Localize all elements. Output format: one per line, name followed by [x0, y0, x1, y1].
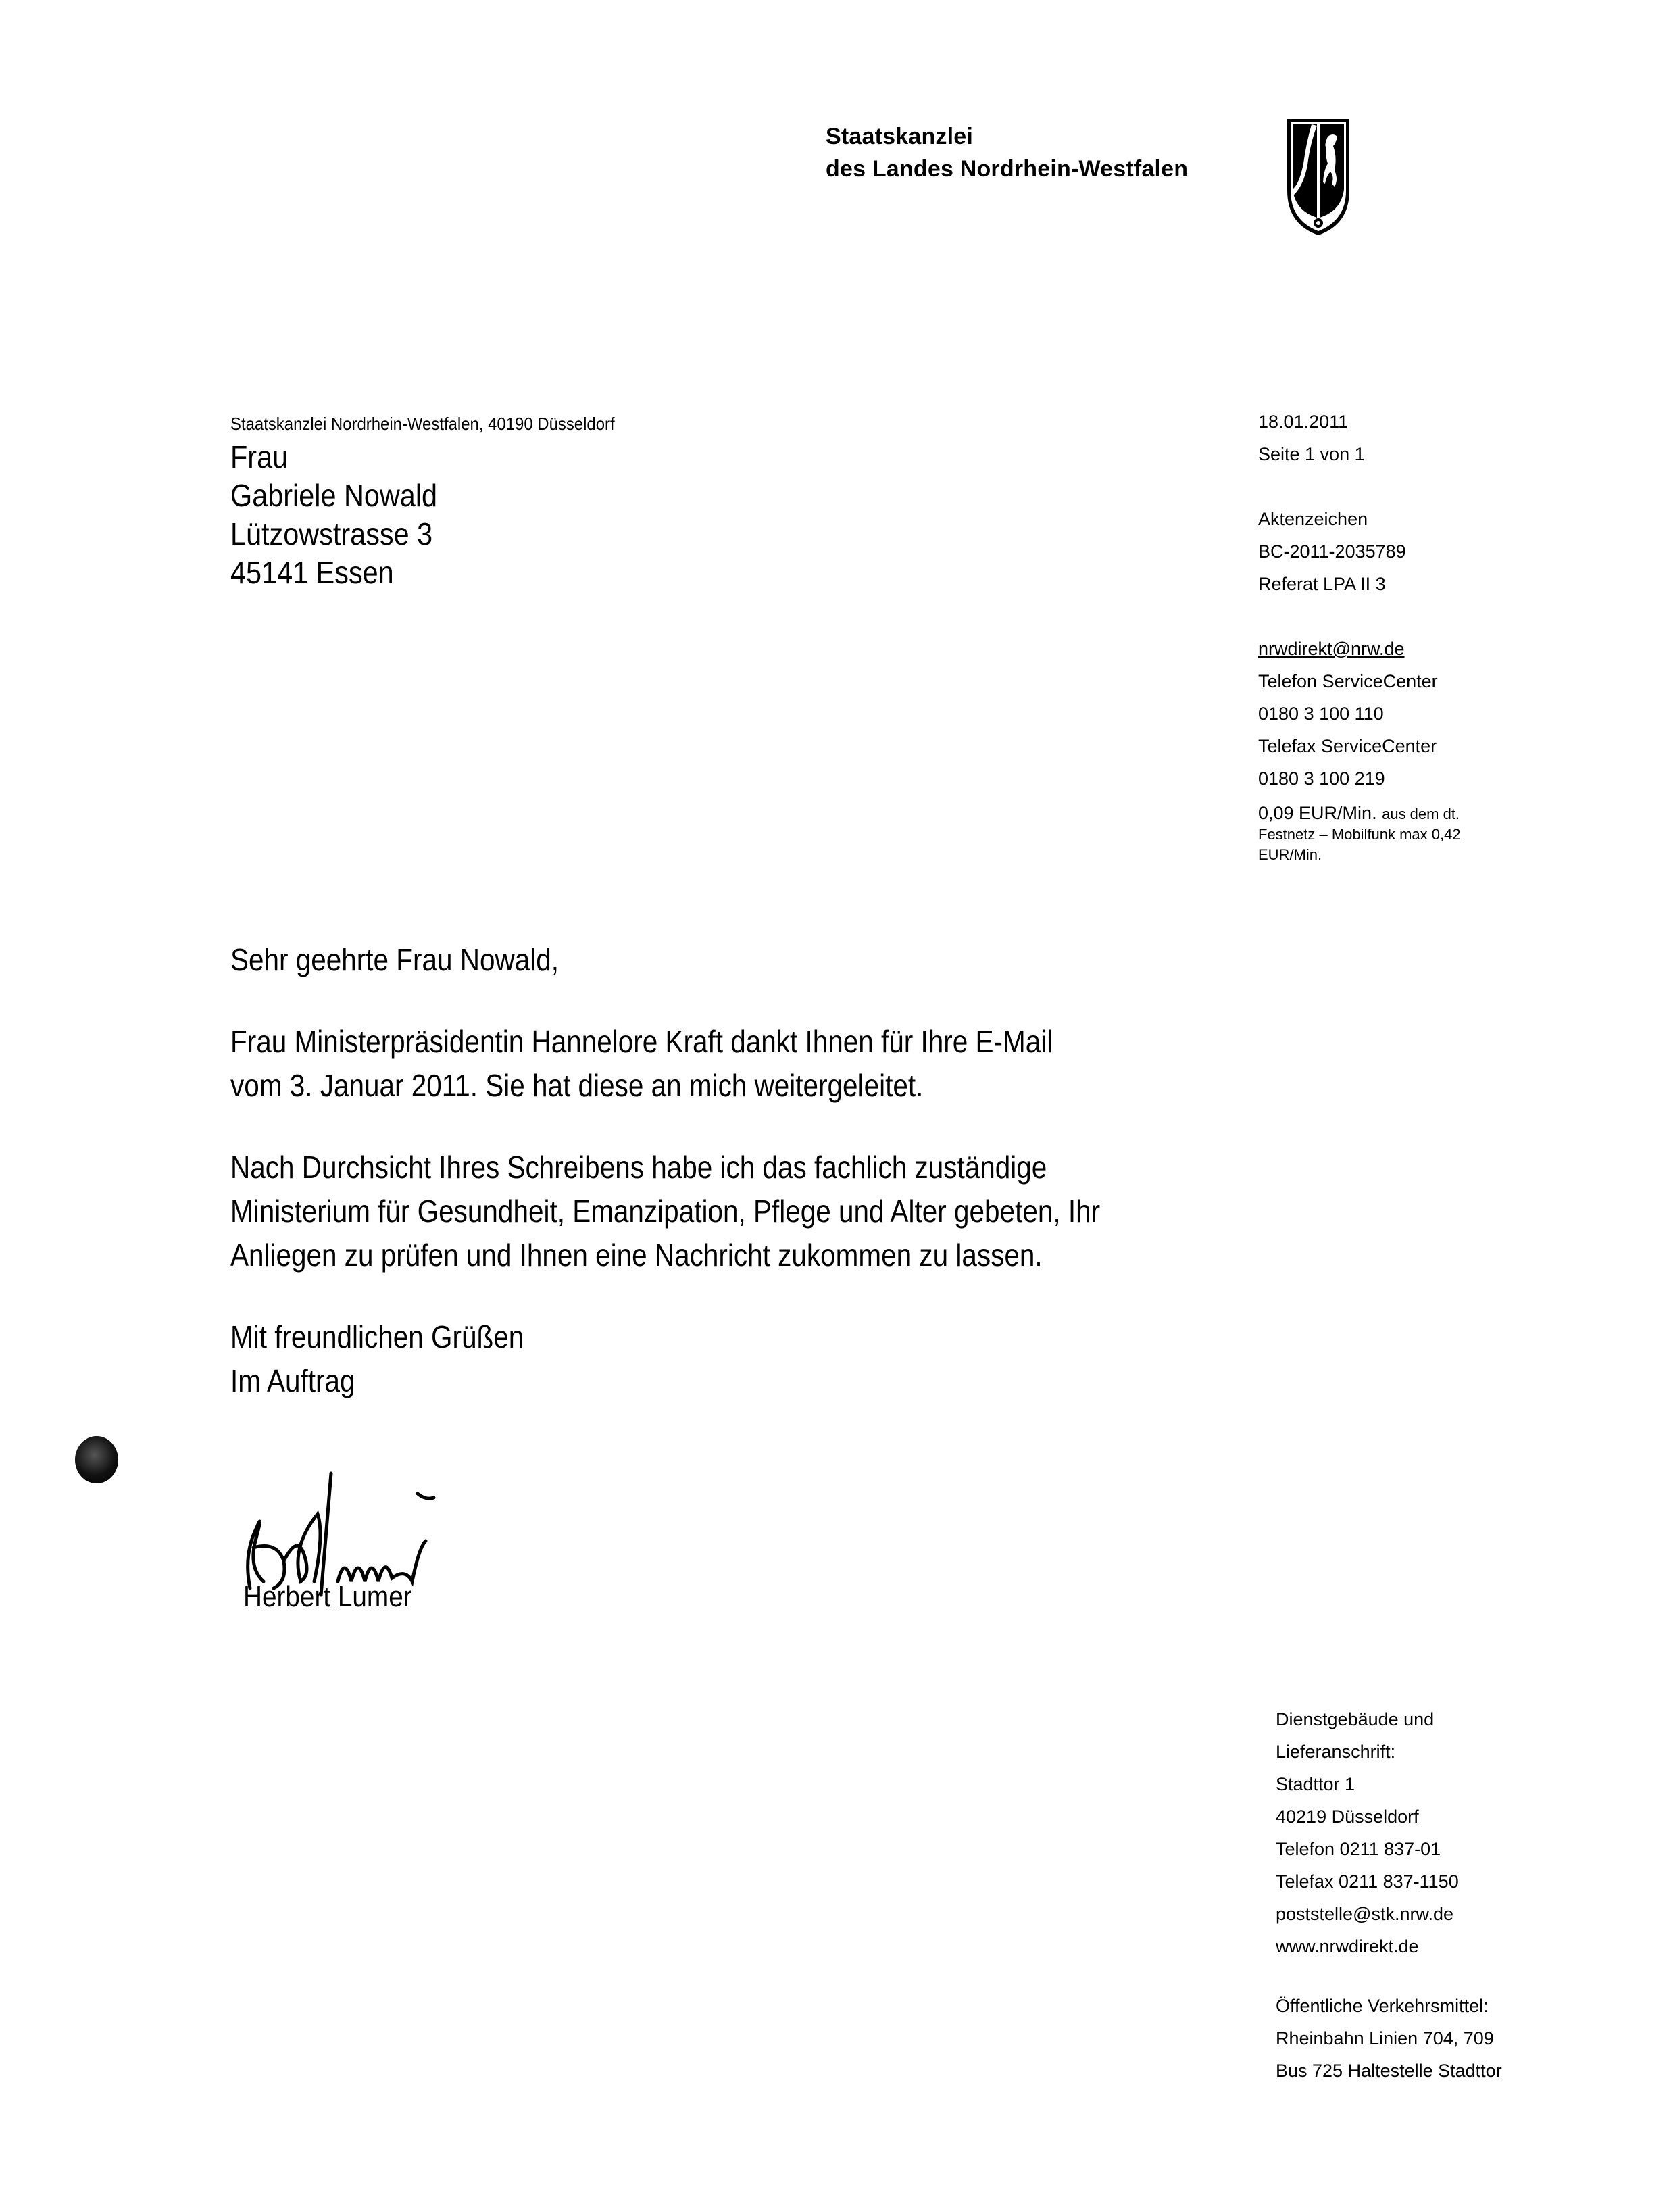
tariff-suffix: aus dem dt.: [1382, 806, 1460, 822]
hole-punch-mark: [75, 1436, 118, 1483]
department: Referat LPA II 3: [1258, 568, 1461, 600]
paragraph-2-line-3: Anliegen zu prüfen und Ihnen eine Nachri…: [230, 1237, 1043, 1273]
recipient-city: 45141 Essen: [230, 554, 437, 592]
transit-tram: Rheinbahn Linien 704, 709: [1276, 2022, 1502, 2055]
signer-name: Herbert Lumer: [243, 1580, 412, 1614]
office-website[interactable]: www.nrwdirekt.de: [1276, 1930, 1502, 1963]
building-label-1: Dienstgebäude und: [1276, 1703, 1502, 1736]
letter-body: Sehr geehrte Frau Nowald, Frau Ministerp…: [230, 938, 1301, 1403]
fax-number: 0180 3 100 219: [1258, 762, 1461, 795]
phone-number: 0180 3 100 110: [1258, 697, 1461, 730]
phone-label: Telefon ServiceCenter: [1258, 665, 1461, 697]
tariff-line-3: EUR/Min.: [1258, 845, 1461, 865]
office-fax: Telefax 0211 837-1150: [1276, 1865, 1502, 1898]
transit-bus: Bus 725 Haltestelle Stadttor: [1276, 2055, 1502, 2087]
building-label-2: Lieferanschrift:: [1276, 1736, 1502, 1768]
nrw-coat-of-arms-icon: [1286, 116, 1351, 237]
paragraph-1-line-1: Frau Ministerpräsidentin Hannelore Kraft…: [230, 1024, 1053, 1059]
office-city: 40219 Düsseldorf: [1276, 1800, 1502, 1833]
letterhead-line-1: Staatskanzlei: [826, 120, 1188, 153]
paragraph-2-line-2: Ministerium für Gesundheit, Emanzipation…: [230, 1194, 1100, 1229]
closing-line-1: Mit freundlichen Grüßen: [230, 1319, 524, 1354]
file-ref-label: Aktenzeichen: [1258, 503, 1461, 535]
file-ref: BC-2011-2035789: [1258, 535, 1461, 568]
paragraph-2-line-1: Nach Durchsicht Ihres Schreibens habe ic…: [230, 1150, 1047, 1185]
recipient-name: Gabriele Nowald: [230, 476, 437, 515]
page-count: Seite 1 von 1: [1258, 438, 1461, 470]
office-email[interactable]: poststelle@stk.nrw.de: [1276, 1898, 1502, 1930]
paragraph-2: Nach Durchsicht Ihres Schreibens habe ic…: [230, 1146, 1301, 1277]
letterhead-line-2: des Landes Nordrhein-Westfalen: [826, 153, 1188, 185]
office-phone: Telefon 0211 837-01: [1276, 1833, 1502, 1865]
letter-date: 18.01.2011: [1258, 405, 1461, 438]
paragraph-1-line-2: vom 3. Januar 2011. Sie hat diese an mic…: [230, 1068, 923, 1103]
closing: Mit freundlichen Grüßen Im Auftrag: [230, 1315, 1301, 1403]
letter-meta: 18.01.2011 Seite 1 von 1 Aktenzeichen BC…: [1258, 405, 1461, 865]
tariff-main: 0,09 EUR/Min.: [1258, 803, 1377, 823]
tariff-note: 0,09 EUR/Min. aus dem dt. Festnetz – Mob…: [1258, 803, 1461, 865]
service-email-link[interactable]: nrwdirekt@nrw.de: [1258, 639, 1405, 659]
recipient-address: Frau Gabriele Nowald Lützowstrasse 3 451…: [230, 438, 437, 592]
fax-label: Telefax ServiceCenter: [1258, 730, 1461, 762]
transit-label: Öffentliche Verkehrsmittel:: [1276, 1990, 1502, 2022]
salutation: Sehr geehrte Frau Nowald,: [230, 938, 1301, 982]
recipient-title: Frau: [230, 438, 437, 476]
office-address-block: Dienstgebäude und Lieferanschrift: Stadt…: [1276, 1703, 1502, 2087]
tariff-line-2: Festnetz – Mobilfunk max 0,42: [1258, 825, 1461, 845]
recipient-street: Lützowstrasse 3: [230, 515, 437, 554]
paragraph-1: Frau Ministerpräsidentin Hannelore Kraft…: [230, 1020, 1301, 1108]
letterhead-title: Staatskanzlei des Landes Nordrhein-Westf…: [826, 120, 1188, 185]
office-street: Stadttor 1: [1276, 1768, 1502, 1800]
sender-return-address: Staatskanzlei Nordrhein-Westfalen, 40190…: [230, 414, 615, 435]
closing-line-2: Im Auftrag: [230, 1363, 355, 1398]
